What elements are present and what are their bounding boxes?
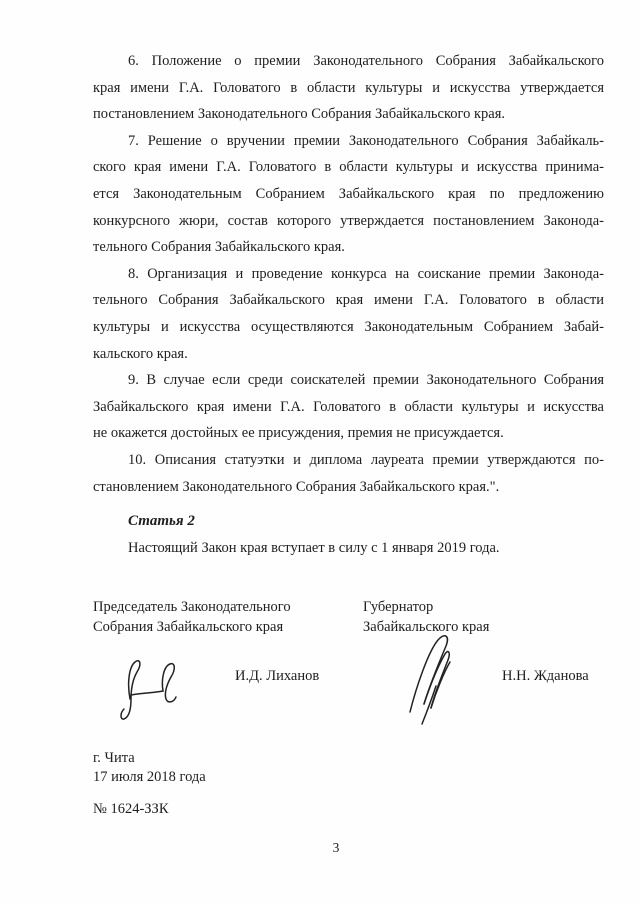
paragraph-clause-9: 9. В случае если среди соискателей преми… — [93, 367, 604, 447]
body-line: не окажется достойных ее присуждения, пр… — [93, 420, 604, 447]
article-2-heading: Статья 2 — [93, 507, 604, 535]
body-line: 6. Положение о премии Законодательного С… — [93, 48, 604, 75]
page-number: 3 — [0, 840, 640, 856]
body-line: тельного Собрания Забайкальского края. — [93, 234, 604, 261]
chairman-title: Председатель Законодательного Собрания З… — [93, 598, 333, 637]
body-line: тельного Собрания Забайкальского края им… — [93, 287, 604, 314]
body-line: 9. В случае если среди соискателей преми… — [93, 367, 604, 394]
likhanov-signature-icon — [108, 653, 198, 731]
governor-name: Н.Н. Жданова — [502, 666, 589, 686]
footer-place-date: г. Чита 17 июля 2018 года — [93, 749, 206, 787]
body-line: культуры и искусства осуществляются Зако… — [93, 314, 604, 341]
chairman-name: И.Д. Лиханов — [235, 666, 319, 686]
body-line: конкурсного жюри, состав которого утверж… — [93, 208, 604, 235]
zhdanova-signature-icon — [396, 630, 464, 728]
body-line: 7. Решение о вручении премии Законодател… — [93, 128, 604, 155]
paragraph-clause-7: 7. Решение о вручении премии Законодател… — [93, 128, 604, 261]
body-line: края имени Г.А. Головатого в области кул… — [93, 75, 604, 102]
body-line: ского края имени Г.А. Головатого в облас… — [93, 154, 604, 181]
document-page: 6. Положение о премии Законодательного С… — [0, 0, 640, 905]
paragraph-clause-10: 10. Описания статуэтки и диплома лауреат… — [93, 447, 604, 500]
governor-title-line1: Губернатор — [363, 598, 583, 618]
body-line: ется Законодательным Собранием Забайкаль… — [93, 181, 604, 208]
article-2-text: Настоящий Закон края вступает в силу с 1… — [93, 535, 604, 562]
paragraph-clause-6: 6. Положение о премии Законодательного С… — [93, 48, 604, 128]
body-line: 8. Организация и проведение конкурса на … — [93, 261, 604, 288]
chairman-title-line2: Собрания Забайкальского края — [93, 618, 333, 638]
body-line: постановлением Законодательного Собрания… — [93, 101, 604, 128]
footer-city: г. Чита — [93, 749, 206, 768]
body-line: Забайкальского края имени Г.А. Головатог… — [93, 394, 604, 421]
document-number: № 1624-ЗЗК — [93, 800, 169, 819]
footer-date: 17 июля 2018 года — [93, 768, 206, 787]
paragraph-clause-8: 8. Организация и проведение конкурса на … — [93, 261, 604, 367]
document-body: 6. Положение о премии Законодательного С… — [93, 48, 604, 562]
body-line: становлением Законодательного Собрания З… — [93, 474, 604, 501]
body-line: кальского края. — [93, 341, 604, 368]
body-line: 10. Описания статуэтки и диплома лауреат… — [93, 447, 604, 474]
chairman-title-line1: Председатель Законодательного — [93, 598, 333, 618]
